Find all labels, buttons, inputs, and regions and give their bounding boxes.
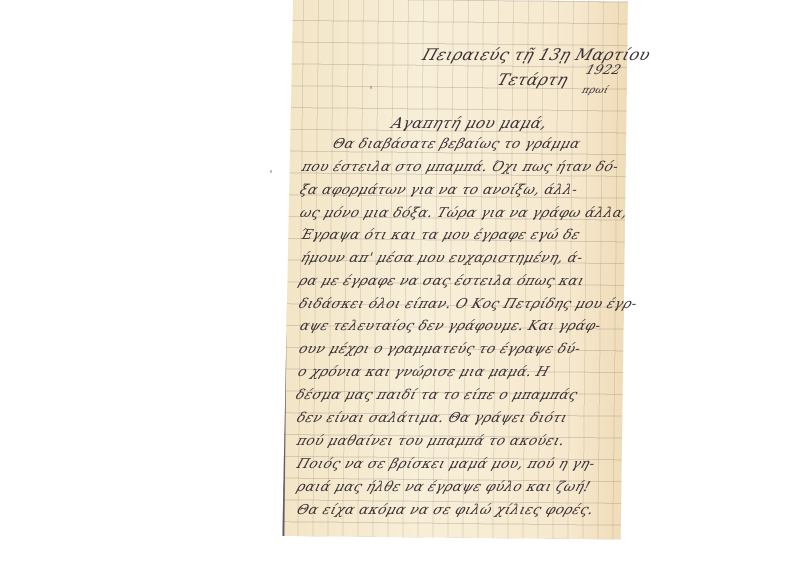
scanned-page: Πειραιεύς τῇ 13ῃ Μαρτίου 1922 Τετάρτη πρ…: [0, 0, 800, 581]
letter-weekday: Τετάρτη: [495, 72, 570, 88]
letter-line: πού μαθαίνει του μπαμπά το ακούει.: [295, 435, 567, 449]
letter-line: που έστειλα στο μπαμπά. Όχι πως ήταν δό-: [300, 161, 620, 175]
letter-line: ραιά μας ήλθε να έγραψε φύλο και ζωή!: [295, 481, 592, 495]
letter-line: ο χρόνια και γνώρισε μια μαμά. Η: [296, 366, 551, 380]
letter-salutation: Αγαπητή μου μαμά,: [390, 116, 550, 131]
letter-line: ήμουν απ' μέσα μου ευχαριστημένη, ά-: [299, 252, 585, 266]
letter-line: Θα είχα ακόμα να σε φιλώ χίλιες φορές.: [295, 504, 595, 518]
letter-place-date: Πειραιεύς τῇ 13ῃ Μαρτίου: [420, 47, 652, 63]
letter-line: Θα διαβάσατε βεβαίως το γράμμα: [331, 138, 582, 152]
scan-speck: [270, 170, 272, 173]
letter-line: ουν μέχρι ο γραμματεύς το έγραψε δύ-: [297, 343, 582, 357]
letter-time-of-day: πρωί: [580, 86, 609, 96]
letter-line: Έγραψα ότι και τα μου έγραφε εγώ δε: [298, 229, 582, 243]
letter-line: Ποιός να σε βρίσκει μαμά μου, πού η γη-: [295, 458, 597, 472]
letter-line: ως μόνο μια δόξα. Τώρα για να γράφω άλλα…: [298, 207, 629, 221]
letter-year: 1922: [584, 64, 623, 77]
letter-line: ξα αφορμάτων για να το ανοίξω, άλλ-: [298, 184, 579, 198]
letter-line: δέσμα μας παιδί τα το είπε ο μπαμπάς: [294, 389, 579, 403]
scan-speck: [370, 86, 372, 89]
letter-line: δεν είναι σαλάτιμα. Θα γράψει διότι: [295, 412, 569, 426]
letter-line: διδάσκει όλοι είπαν. Ο Κος Πετρίδης μου …: [297, 298, 639, 312]
letter-line: αψε τελευταίος δεν γράφουμε. Και γράφ-: [298, 320, 603, 334]
letter-line: ρα με έγραφε να σας έστειλα όπως και: [297, 275, 586, 289]
